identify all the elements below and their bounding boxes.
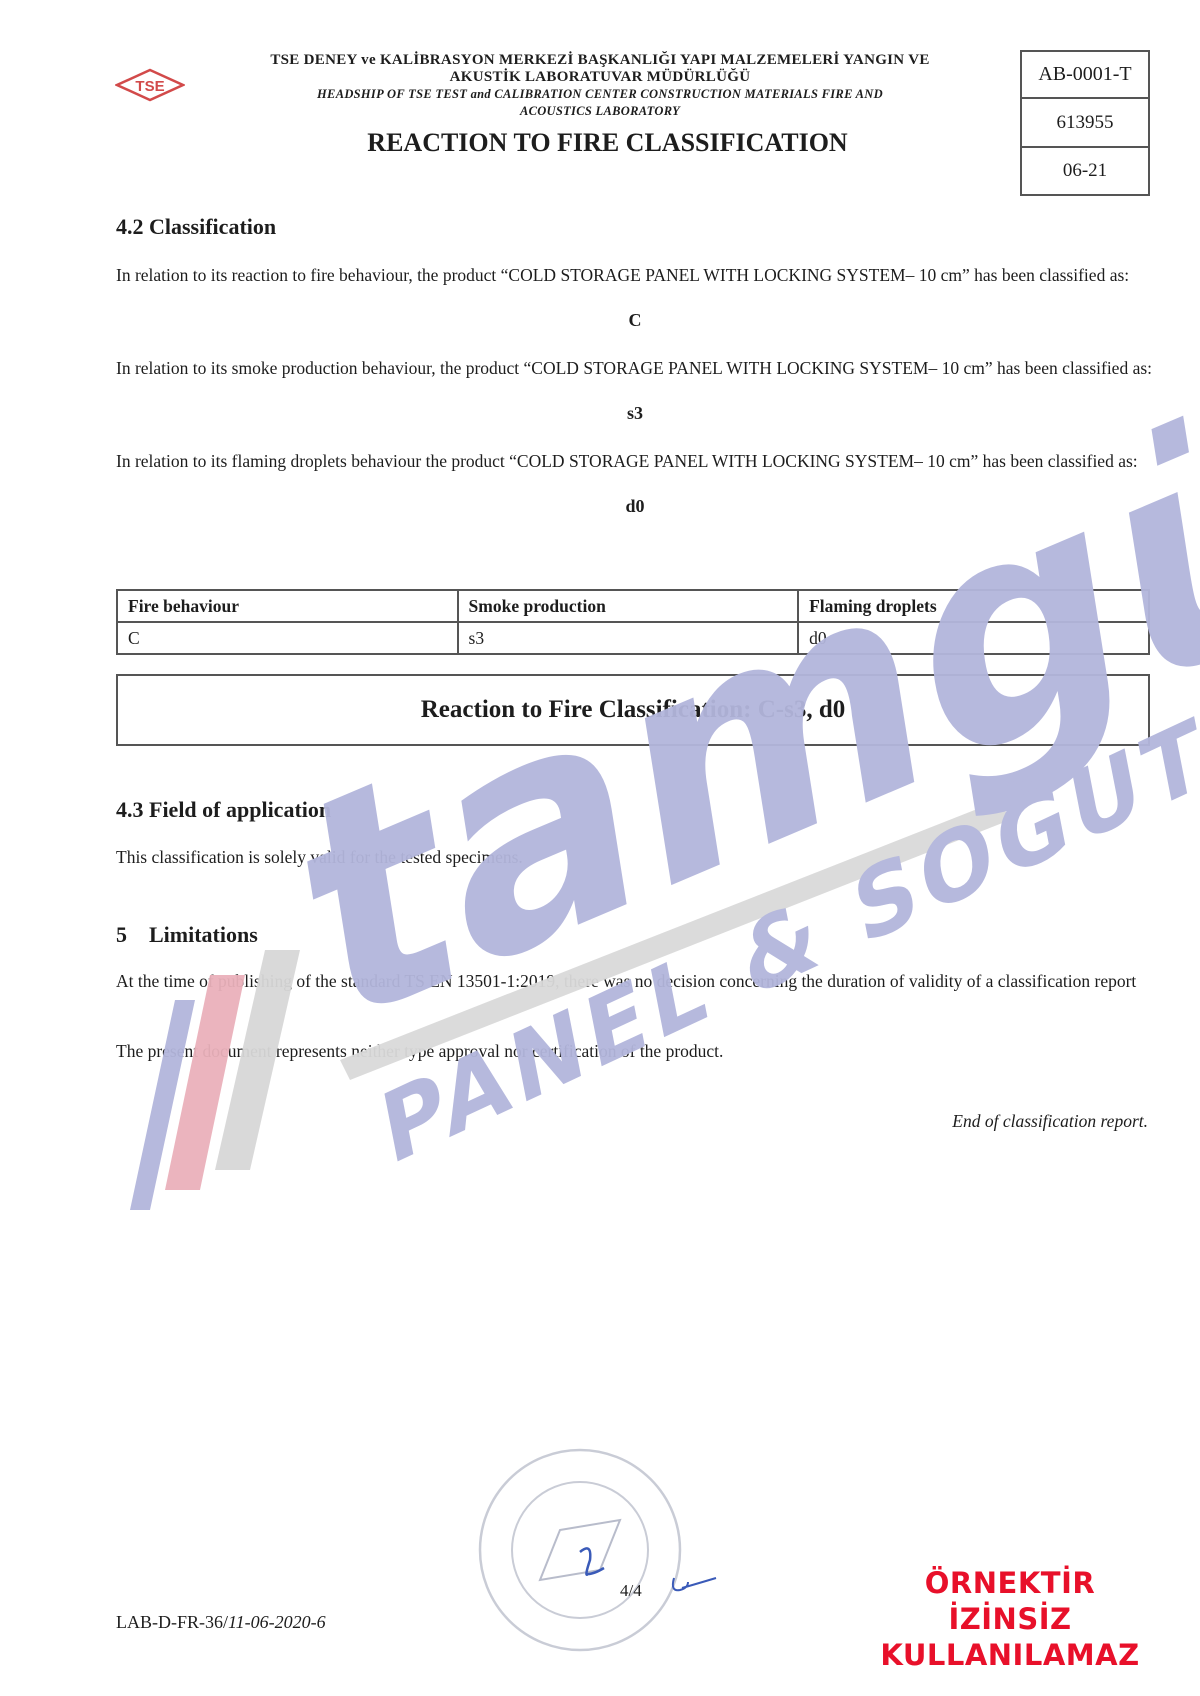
document-title: REACTION TO FIRE CLASSIFICATION (210, 128, 1005, 158)
limitations-paragraph: The present document represents neither … (116, 1040, 1156, 1063)
section-heading-limitations: 5Limitations (116, 922, 258, 948)
table-row: C s3 d0 (117, 622, 1149, 654)
institution-name-en-1: HEADSHIP OF TSE TEST and CALIBRATION CEN… (210, 86, 990, 103)
table-cell: C (117, 622, 458, 654)
paragraph-fire-behaviour: In relation to its reaction to fire beha… (116, 264, 1156, 287)
section-heading-field-of-application: 4.3 Field of application (116, 797, 331, 823)
sample-notice-line: ÖRNEKTİR (860, 1565, 1160, 1601)
table-header: Smoke production (458, 590, 799, 622)
paragraph-flaming-droplets: In relation to its flaming droplets beha… (116, 450, 1156, 473)
table-cell: d0 (798, 622, 1149, 654)
lab-code: AB-0001-T (1022, 52, 1148, 99)
institution-name-en-2: ACOUSTICS LABORATORY (210, 103, 990, 120)
tse-logo-icon: TSE (115, 68, 185, 102)
classification-result: Reaction to Fire Classification: C-s3, d… (116, 674, 1150, 746)
table-cell: s3 (458, 622, 799, 654)
section-number: 5 (116, 922, 127, 947)
sample-notice: ÖRNEKTİR İZİNSİZ KULLANILAMAZ (860, 1565, 1160, 1673)
report-date: 06-21 (1022, 148, 1148, 194)
paragraph-smoke-production: In relation to its smoke production beha… (116, 357, 1156, 380)
end-note: End of classification report. (116, 1110, 1148, 1133)
signature-icon (668, 1572, 720, 1598)
class-smoke-production: s3 (0, 403, 1200, 424)
limitations-paragraph: At the time of publishing of the standar… (116, 970, 1156, 993)
table-header: Flaming droplets (798, 590, 1149, 622)
table-header-row: Fire behaviour Smoke production Flaming … (117, 590, 1149, 622)
report-number: 613955 (1022, 99, 1148, 148)
official-stamp-icon (470, 1440, 690, 1660)
institution-header: TSE DENEY ve KALİBRASYON MERKEZİ BAŞKANL… (210, 52, 990, 120)
field-of-application-text: This classification is solely valid for … (116, 846, 1156, 869)
form-code: LAB-D-FR-36/11-06-2020-6 (116, 1612, 326, 1633)
section-title: Limitations (149, 922, 258, 947)
class-flaming-droplets: d0 (0, 496, 1200, 517)
page-number: 4/4 (620, 1581, 642, 1601)
institution-name-tr-1: TSE DENEY ve KALİBRASYON MERKEZİ BAŞKANL… (210, 52, 990, 69)
table-header: Fire behaviour (117, 590, 458, 622)
institution-name-tr-2: AKUSTİK LABORATUVAR MÜDÜRLÜĞÜ (210, 69, 990, 86)
svg-text:TSE: TSE (135, 78, 164, 95)
classification-table: Fire behaviour Smoke production Flaming … (116, 589, 1150, 655)
sample-notice-line: İZİNSİZ (860, 1601, 1160, 1637)
sample-notice-line: KULLANILAMAZ (860, 1637, 1160, 1673)
reference-box: AB-0001-T 613955 06-21 (1020, 50, 1150, 196)
section-heading-classification: 4.2 Classification (116, 214, 276, 240)
class-fire-behaviour: C (0, 310, 1200, 331)
